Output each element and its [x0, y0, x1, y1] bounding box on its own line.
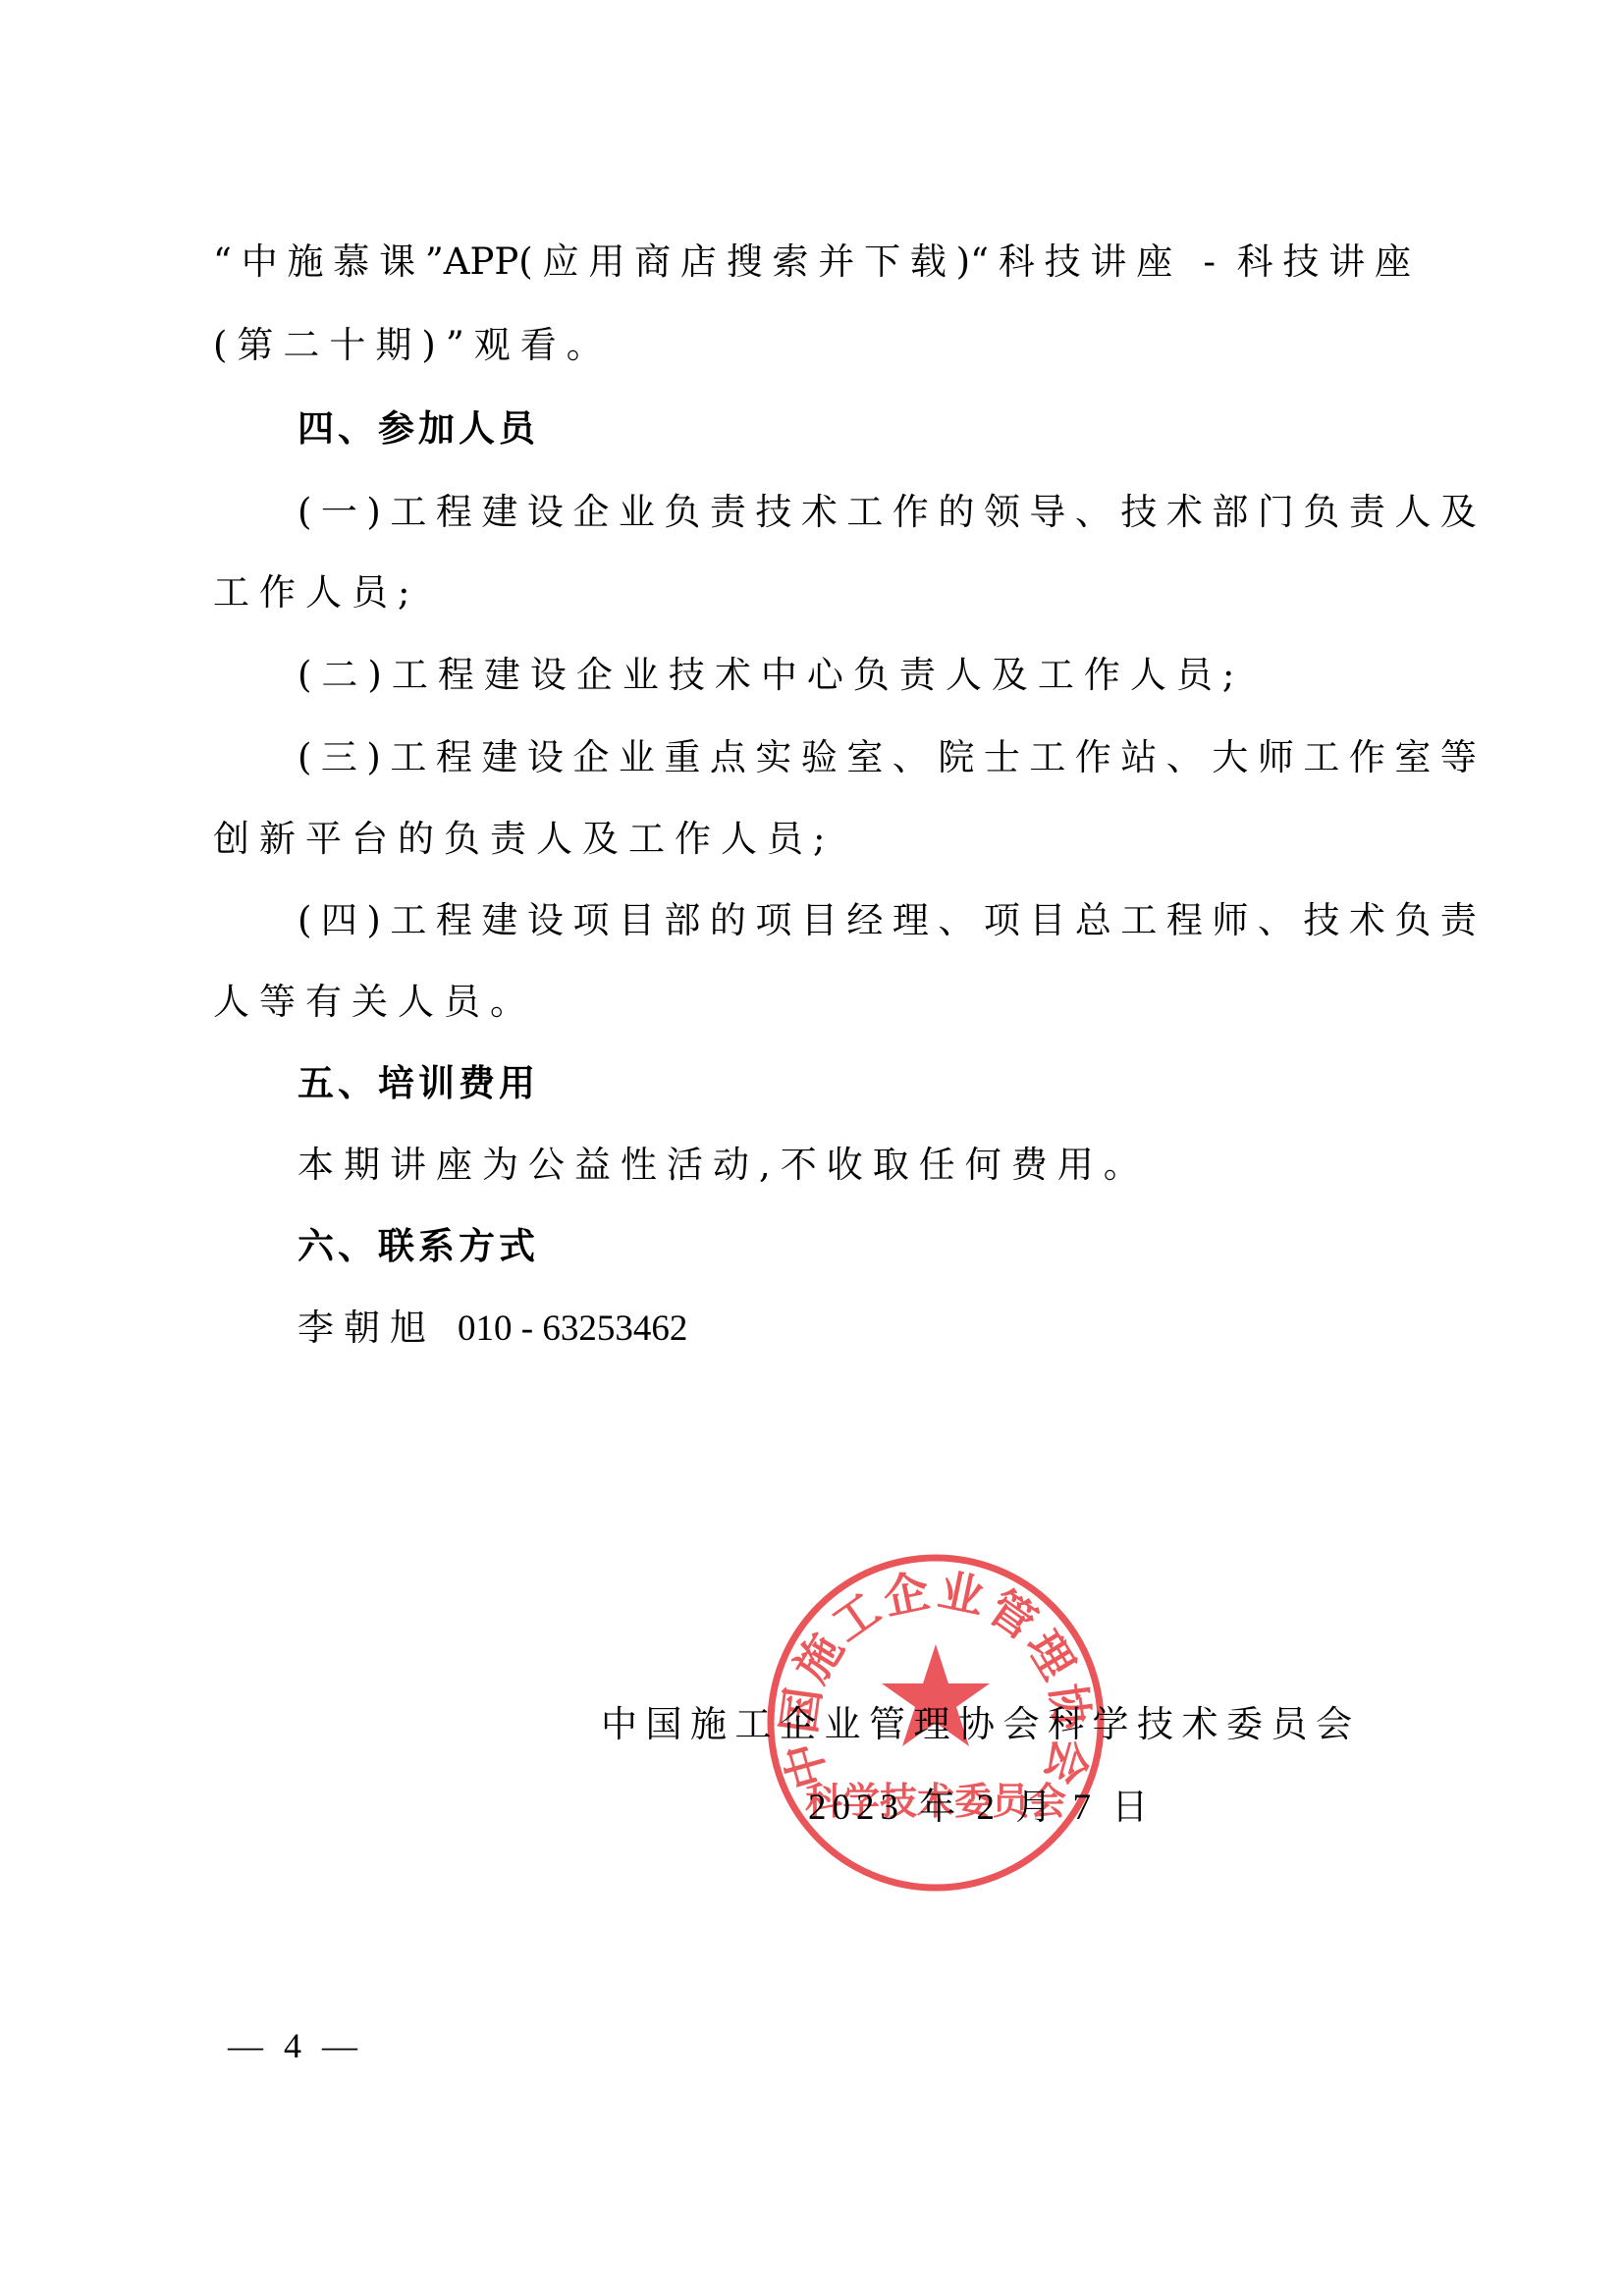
page-number: — 4 — — [228, 2022, 363, 2069]
section-heading-participants: 四、参加人员 — [298, 405, 539, 453]
participant-item-4-line-1: (四)工程建设项目部的项目经理、项目总工程师、技术负责 — [298, 897, 1486, 944]
participant-item-3-line-1: (三)工程建设企业重点实验室、院士工作站、大师工作室等 — [298, 734, 1486, 781]
participant-item-1-line-2: 工作人员; — [213, 569, 419, 616]
section-heading-fees: 五、培训费用 — [298, 1060, 539, 1107]
participant-item-4-line-2: 人等有关人员。 — [213, 979, 536, 1026]
contact-line: 李朝旭010 - 63253462 — [298, 1305, 687, 1353]
participant-item-1-line-1: (一)工程建设企业负责技术工作的领导、技术部门负责人及 — [298, 489, 1486, 536]
continuation-line-1: “中施慕课”APP(应用商店搜索并下载)“科技讲座 - 科技讲座 — [213, 239, 1411, 286]
participant-item-2: (二)工程建设企业技术中心负责人及工作人员; — [298, 652, 1244, 699]
section-heading-contact: 六、联系方式 — [298, 1223, 539, 1270]
contact-name: 李朝旭 — [298, 1307, 436, 1349]
document-page: “中施慕课”APP(应用商店搜索并下载)“科技讲座 - 科技讲座 (第二十期)”… — [0, 0, 1623, 2296]
signature-organization: 中国施工企业管理协会科学技术委员会 — [601, 1701, 1361, 1748]
participant-item-3-line-2: 创新平台的负责人及工作人员; — [213, 816, 835, 863]
continuation-line-2: (第二十期)”观看。 — [213, 322, 613, 369]
signature-date: 2023 年 2 月 7 日 — [808, 1785, 1154, 1832]
contact-phone: 010 - 63253462 — [458, 1308, 687, 1349]
fees-body: 本期讲座为公益性活动,不收取任何费用。 — [298, 1142, 1150, 1189]
